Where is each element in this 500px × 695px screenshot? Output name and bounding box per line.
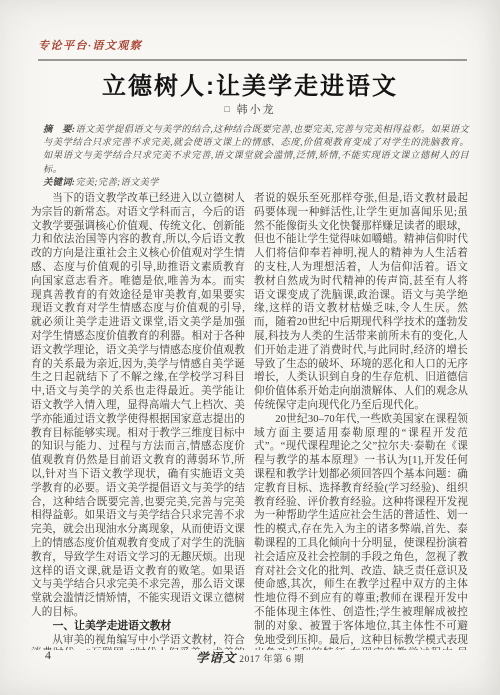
article-title: 立德树人:让美学走进语文 — [0, 66, 500, 101]
page-footer: 4 学语文 2017 年第 6 期 — [31, 648, 469, 666]
body-paragraph: 20世纪30–70年代,一些欧美国家在课程领域方面主要适用泰勒原理的“课程开发范… — [254, 413, 468, 650]
journal-page: 专论平台·语文观察 立德树人:让美学走进语文 □ 韩小龙 摘 要:语文美学提倡语… — [0, 0, 500, 695]
keywords-row: 关键词:完美;完善;语文美学 — [43, 177, 469, 190]
author-name: 韩小龙 — [237, 104, 276, 116]
abstract-block: 摘 要:语文美学提倡语文与美学的结合,这种结合既要完善,也要完美,完善与完美相得… — [43, 124, 469, 190]
section-heading: 一、让美学走进语文教材 — [31, 620, 245, 634]
journal-issue: 2017 年第 6 期 — [239, 655, 304, 665]
page-header: 专论平台·语文观察 — [38, 36, 467, 61]
body-paragraph: 当下的语文教学改革已经进入以立德树人为宗旨的新常态。对语文学科而言，今后的语文教… — [31, 192, 245, 620]
body-paragraph: 者说的娱乐至死那样夸张,但是,语文教材最起码要体现一种鲜活性,让学生更加喜闻乐见… — [254, 192, 468, 413]
journal-name: 学语文 — [196, 651, 237, 665]
body-columns: 当下的语文教学改革已经进入以立德树人为宗旨的新常态。对语文学科而言，今后的语文教… — [31, 192, 469, 650]
header-rule — [38, 59, 467, 61]
keywords-label: 关键词: — [43, 178, 75, 188]
section-label: 专论平台·语文观察 — [38, 40, 142, 52]
abstract-label: 摘 要: — [43, 125, 75, 135]
left-column: 当下的语文教学改革已经进入以立德树人为宗旨的新常态。对语文学科而言，今后的语文教… — [31, 192, 245, 650]
abstract-text: 语文美学提倡语文与美学的结合,这种结合既要完善,也要完美,完善与完美相得益彰。如… — [43, 125, 469, 175]
right-column: 者说的娱乐至死那样夸张,但是,语文教材最起码要体现一种鲜活性,让学生更加喜闻乐见… — [254, 192, 468, 650]
keywords-text: 完美;完善;语文美学 — [75, 178, 159, 188]
abstract-text-row: 摘 要:语文美学提倡语文与美学的结合,这种结合既要完善,也要完美,完善与完美相得… — [43, 124, 469, 177]
author-line: □ 韩小龙 — [0, 101, 500, 117]
journal-line: 学语文 2017 年第 6 期 — [31, 648, 469, 666]
author-marker-icon: □ — [224, 104, 231, 114]
